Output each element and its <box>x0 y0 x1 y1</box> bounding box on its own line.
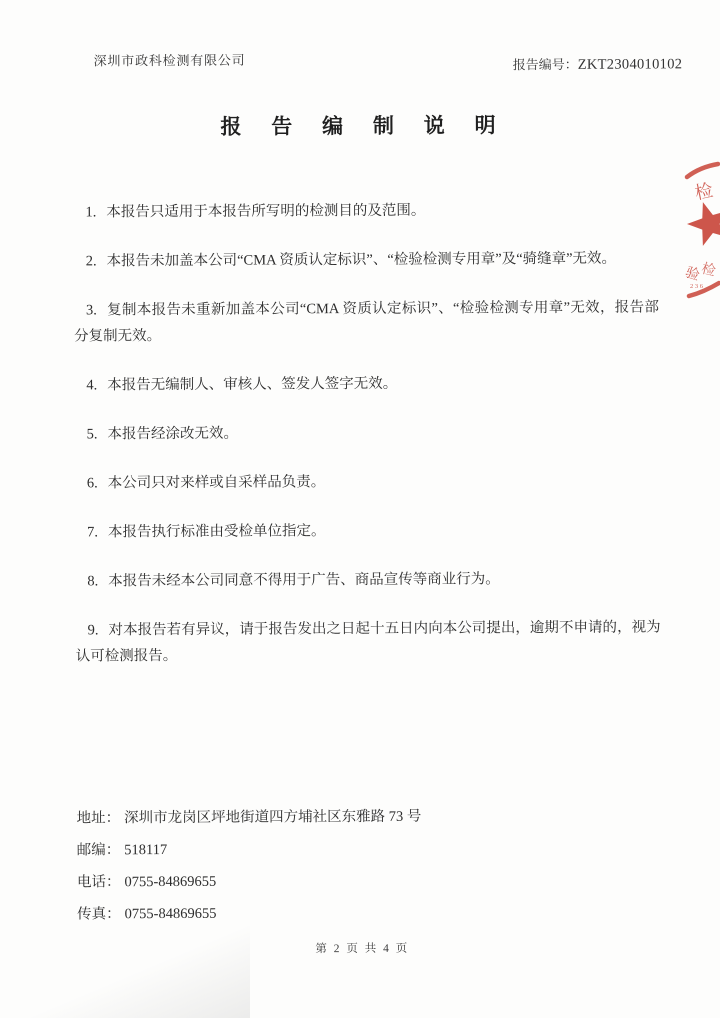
note-text: 对本报告若有异议，请于报告发出之日起十五日内向本公司提出，逾期不申请的，视为认可… <box>76 619 661 664</box>
note-text: 本报告无编制人、审核人、签发人签字无效。 <box>107 376 397 394</box>
note-item-3: 3.复制本报告未重新加盖本公司“CMA 资质认定标识”、“检验检测专用章”无效，… <box>74 294 659 349</box>
note-item-5: 5.本报告经涂改无效。 <box>75 418 660 447</box>
notes-list: 1.本报告只适用于本报告所写明的检测目的及范围。 2.本报告未加盖本公司“CMA… <box>73 196 661 692</box>
company-name: 深圳市政科检测有限公司 <box>94 50 246 70</box>
note-number: 3. <box>86 302 97 318</box>
note-number: 7. <box>87 524 98 540</box>
phone-label: 电话： <box>77 874 121 890</box>
note-number: 5. <box>87 426 98 442</box>
note-number: 4. <box>86 377 97 393</box>
note-text: 本报告经涂改无效。 <box>107 426 238 443</box>
note-item-4: 4.本报告无编制人、审核人、签发人签字无效。 <box>74 369 659 398</box>
report-number-value: ZKT2304010102 <box>578 56 683 73</box>
note-number: 9. <box>88 622 99 638</box>
fax-value: 0755-84869655 <box>125 906 217 922</box>
note-item-2: 2.本报告未加盖本公司“CMA 资质认定标识”、“检验检测专用章”及“骑缝章”无… <box>74 245 659 274</box>
report-number-label: 报告编号： <box>513 57 578 72</box>
note-text: 本报告未经本公司同意不得用于广告、商品宣传等商业行为。 <box>108 571 500 589</box>
note-text: 本报告执行标准由受检单位指定。 <box>108 523 326 540</box>
note-text: 本报告只适用于本报告所写明的检测目的及范围。 <box>106 203 425 221</box>
address-label: 地址： <box>77 810 121 826</box>
note-number: 8. <box>87 573 98 589</box>
note-item-6: 6.本公司只对来样或自采样品负责。 <box>75 467 660 496</box>
contact-address: 地址：深圳市龙岗区坪地街道四方埔社区东雅路 73 号 <box>77 806 422 830</box>
note-number: 1. <box>85 204 96 220</box>
note-item-7: 7.本报告执行标准由受检单位指定。 <box>75 516 660 545</box>
note-text: 本报告未加盖本公司“CMA 资质认定标识”、“检验检测专用章”及“骑缝章”无效。 <box>107 251 617 270</box>
contact-block: 地址：深圳市龙岗区坪地街道四方埔社区东雅路 73 号 邮编：518117 电话：… <box>77 806 422 936</box>
page-number: 第 2 页 共 4 页 <box>2 938 720 958</box>
contact-phone: 电话：0755-84869655 <box>77 870 422 894</box>
page-title: 报 告 编 制 说 明 <box>0 108 718 142</box>
document-page: 深圳市政科检测有限公司 报告编号：ZKT2304010102 报 告 编 制 说… <box>0 0 720 1018</box>
note-text: 本公司只对来样或自采样品负责。 <box>108 474 326 491</box>
postcode-value: 518117 <box>124 842 167 858</box>
address-value: 深圳市龙岗区坪地街道四方埔社区东雅路 73 号 <box>124 809 421 827</box>
note-item-8: 8.本报告未经本公司同意不得用于广告、商品宣传等商业行为。 <box>75 565 660 594</box>
note-text: 复制本报告未重新加盖本公司“CMA 资质认定标识”、“检验检测专用章”无效，报告… <box>74 299 659 344</box>
note-item-9: 9.对本报告若有异议，请于报告发出之日起十五日内向本公司提出，逾期不申请的，视为… <box>76 614 661 669</box>
contact-fax: 传真：0755-84869655 <box>77 902 422 926</box>
page-content: 深圳市政科检测有限公司 报告编号：ZKT2304010102 报 告 编 制 说… <box>0 0 720 1018</box>
postcode-label: 邮编： <box>77 842 121 858</box>
note-item-1: 1.本报告只适用于本报告所写明的检测目的及范围。 <box>73 196 658 225</box>
note-number: 2. <box>86 253 97 269</box>
fax-label: 传真： <box>77 906 121 922</box>
report-number: 报告编号：ZKT2304010102 <box>513 53 683 74</box>
contact-postcode: 邮编：518117 <box>77 838 422 862</box>
note-number: 6. <box>87 475 98 491</box>
phone-value: 0755-84869655 <box>124 874 216 890</box>
